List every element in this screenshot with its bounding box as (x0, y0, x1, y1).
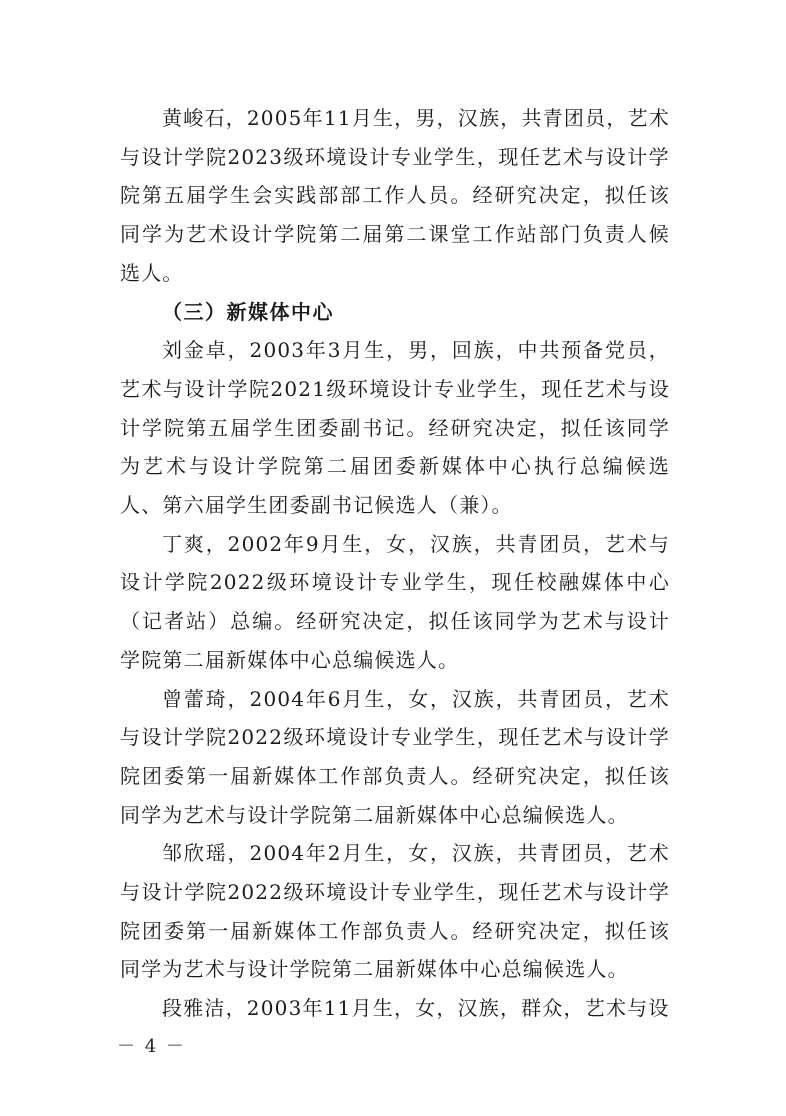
paragraph-duan-yajie: 段雅洁，2003年11月生，女，汉族，群众，艺术与设 (120, 989, 670, 1028)
paragraph-ding-shuang: 丁爽，2002年9月生，女，汉族，共青团员，艺术与设计学院2022级环境设计专业… (120, 525, 670, 680)
section-heading-new-media-center: （三）新媒体中心 (120, 293, 670, 332)
document-page: 黄峻石，2005年11月生，男，汉族，共青团员，艺术与设计学院2023级环境设计… (0, 0, 786, 1116)
page-number: － 4 － (117, 1032, 186, 1058)
paragraph-zou-xinyao: 邹欣瑶，2004年2月生，女，汉族，共青团员，艺术与设计学院2022级环境设计专… (120, 834, 670, 989)
paragraph-zeng-leiqi: 曾蕾琦，2004年6月生，女，汉族，共青团员，艺术与设计学院2022级环境设计专… (120, 680, 670, 835)
document-body: 黄峻石，2005年11月生，男，汉族，共青团员，艺术与设计学院2023级环境设计… (120, 99, 670, 1028)
paragraph-huang-junshi: 黄峻石，2005年11月生，男，汉族，共青团员，艺术与设计学院2023级环境设计… (120, 99, 670, 293)
paragraph-liu-jinzhuo: 刘金卓，2003年3月生，男，回族，中共预备党员，艺术与设计学院2021级环境设… (120, 331, 670, 525)
